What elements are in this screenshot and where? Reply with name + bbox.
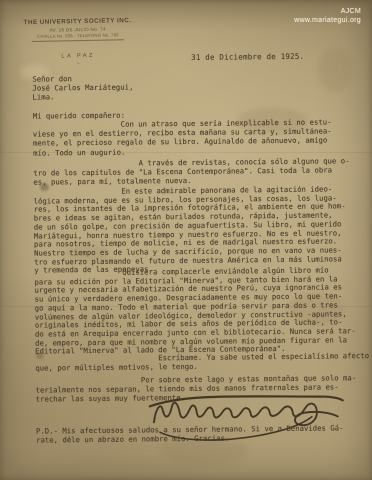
letter-paragraph-5: Escríbame. Ya sabe usted el especialísim… [35,351,369,373]
letter-paragraph-3: En este admirable panorama de la agitaci… [33,185,368,276]
letterhead-rule: LA PAZ [32,39,124,62]
letter-paragraph-2: A través de revistas, conocía sólo algun… [33,156,367,187]
letterhead-contact: CASILLA No. 938 - TELEFONO No. 790 [18,32,138,39]
letter-paragraph-4: Quisiera complacerle enviándole algún li… [34,266,369,357]
letterhead-city: LA PAZ [61,53,95,60]
letter-date: 31 de Diciembre de 1925. [191,52,304,62]
recipient-block: Señor donJosé Carlos Mariátegui,Lima. [32,71,366,102]
letter-paragraph-1: Con un atraso que sería inexplicable si … [33,117,367,157]
letter-content: THE UNIVERSITY SOCIETY INC. AV. 16 DE JU… [0,0,372,480]
scanned-letter-page: AJCM www.mariategui.org THE UNIVERSITY S… [0,0,372,480]
letterhead-company-name: THE UNIVERSITY SOCIETY INC. [17,17,137,26]
letterhead: THE UNIVERSITY SOCIETY INC. AV. 16 DE JU… [17,17,138,67]
letterhead-flourish: ~ [18,61,138,67]
postscript: P.D.- Mis afectuosos saludos a su señor … [36,423,370,445]
